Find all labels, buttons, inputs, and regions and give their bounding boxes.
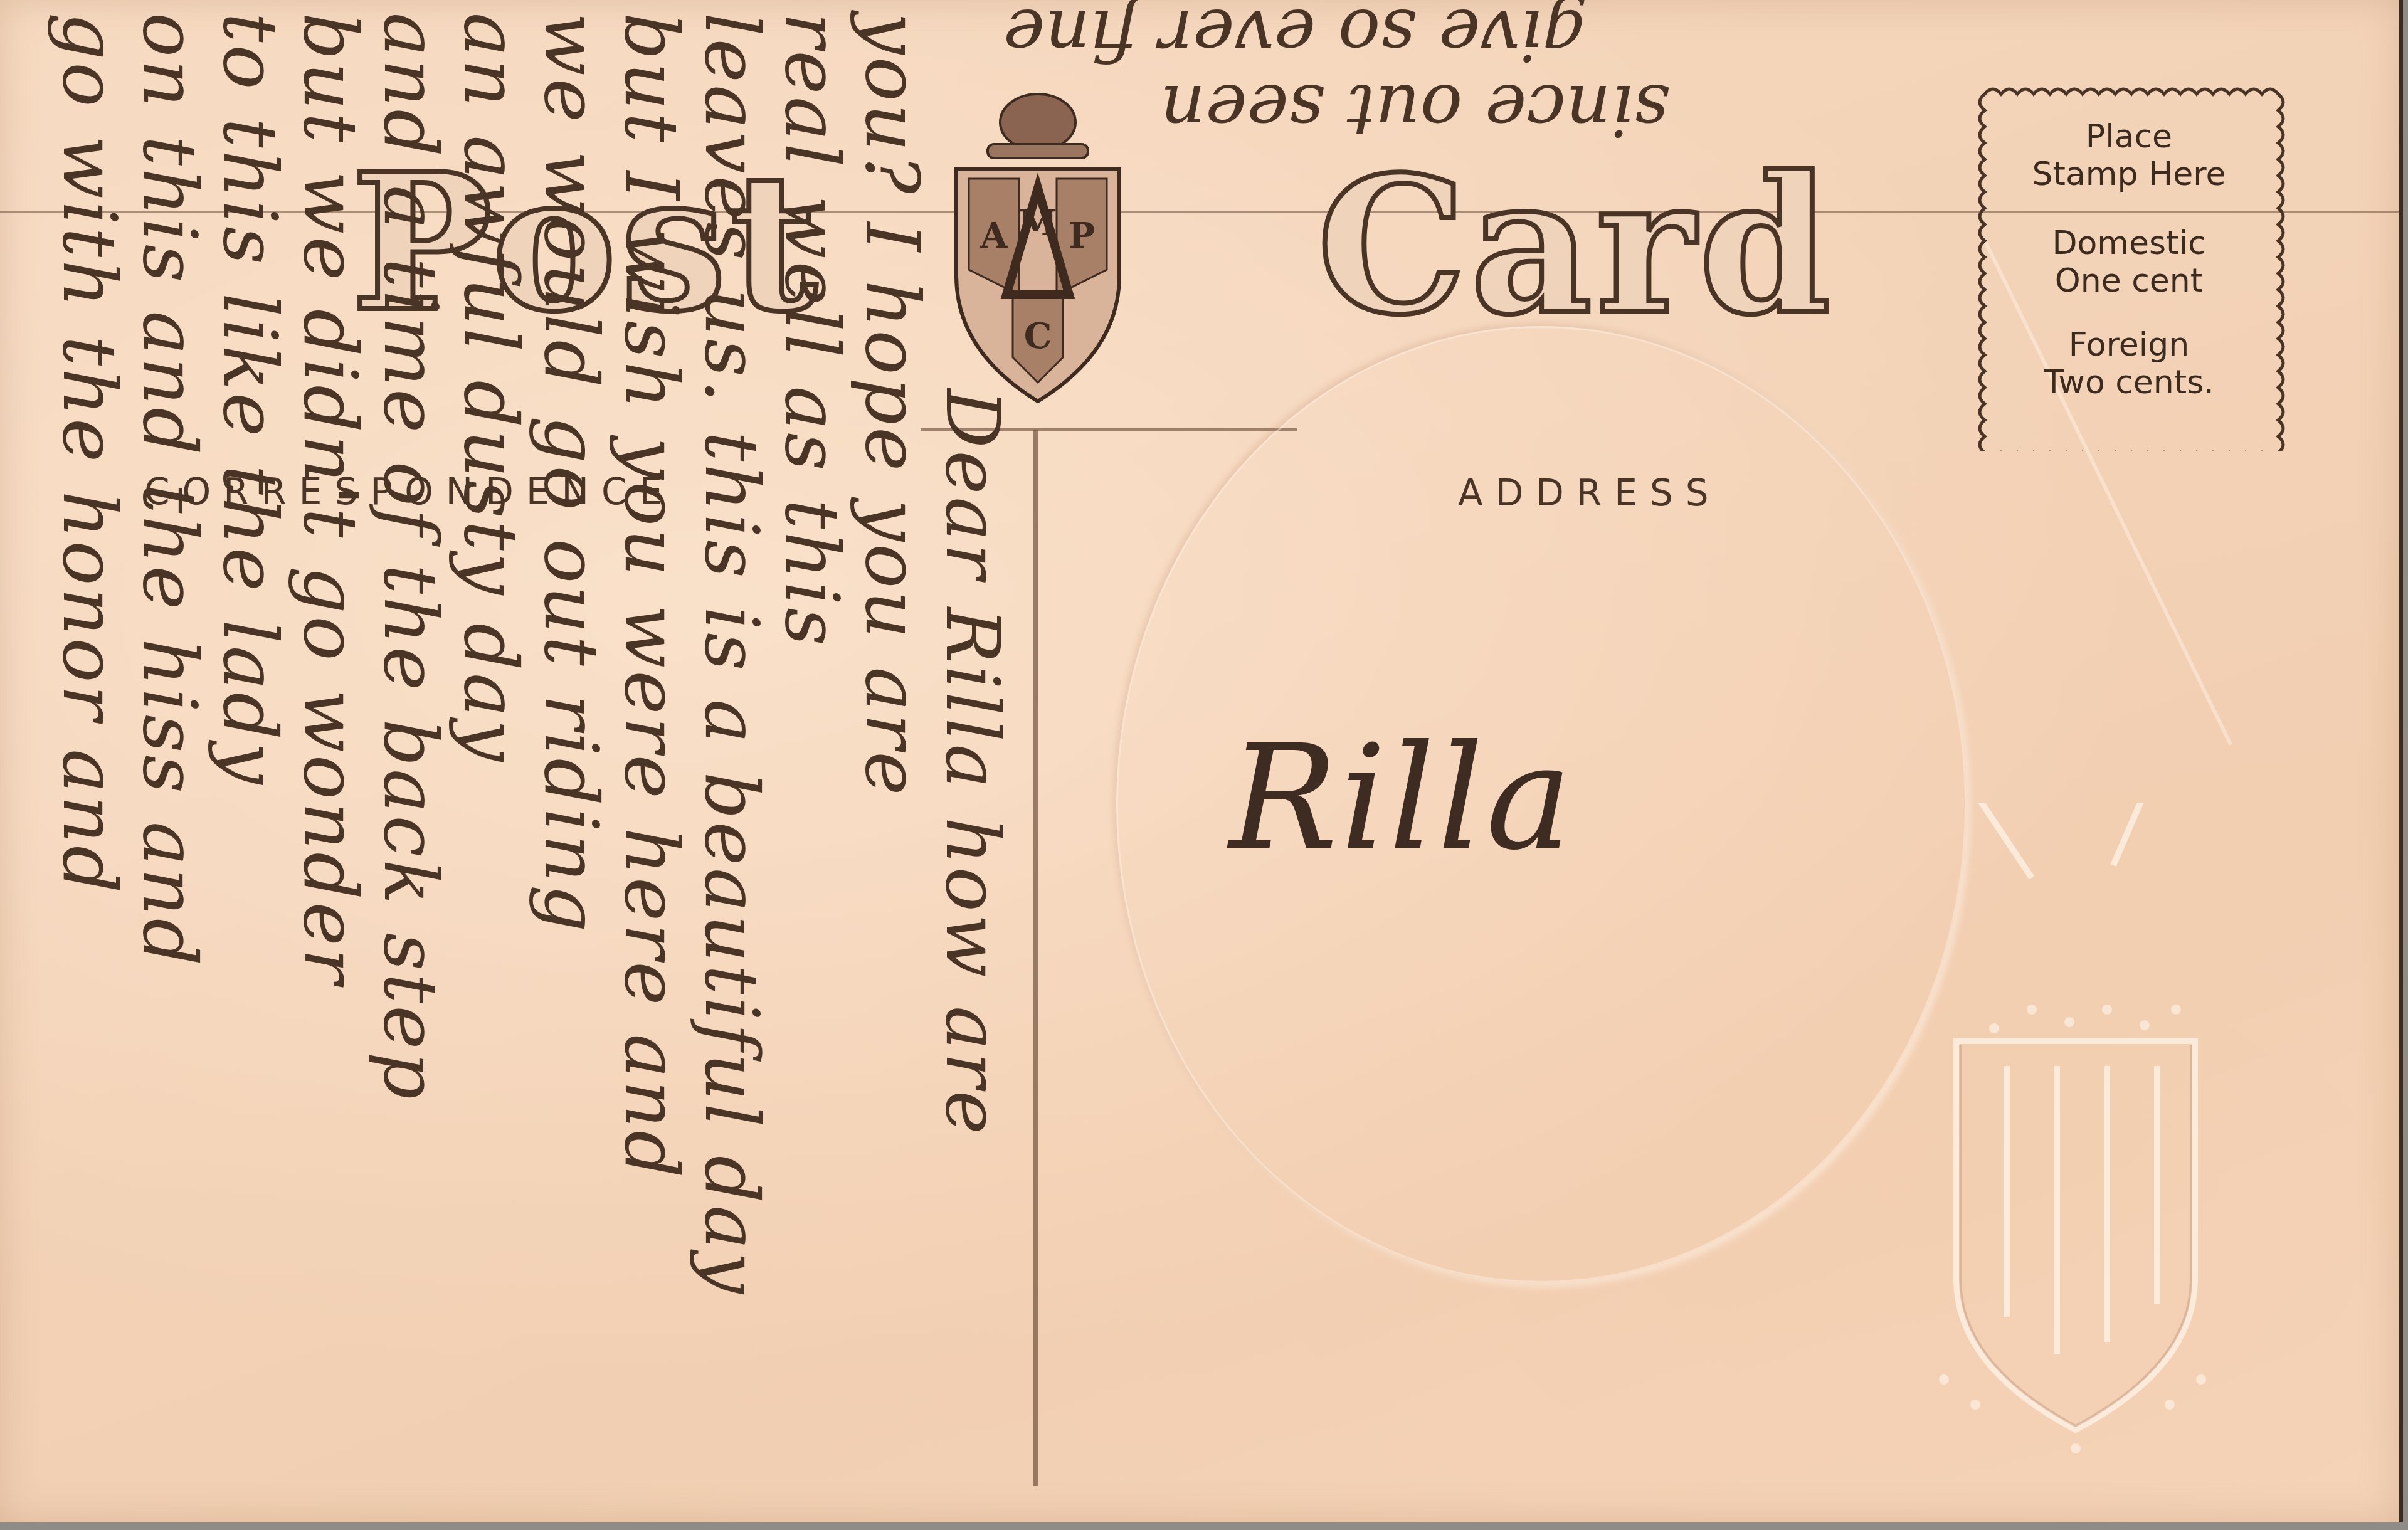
top-note-line: give so ever fine (1003, 0, 1587, 75)
message-line: real well as this (769, 13, 855, 648)
svg-text:C: C (1024, 315, 1052, 357)
correspondence-address-divider (1033, 430, 1038, 1486)
stamp-line-two-cents: Two cents. (1972, 364, 2286, 401)
top-note-line: since out seen (1160, 69, 1669, 150)
svg-text:M: M (1018, 203, 1057, 244)
publisher-shield-logo-icon: A M P C (944, 88, 1132, 408)
message-line: we would go out riding (528, 13, 615, 934)
svg-text:A: A (980, 215, 1008, 256)
stamp-line-one-cent: One cent (1972, 262, 2286, 300)
message-line: an awful dusty day (448, 13, 534, 764)
stamp-domestic-text: Domestic One cent (1972, 224, 2286, 300)
message-line: you? I hope you are (849, 13, 936, 798)
message-line: leaves us. this is a beautiful day (689, 13, 775, 1296)
message-line: on this and the hiss and (127, 13, 213, 968)
stamp-line-domestic: Domestic (1972, 224, 2286, 262)
recipient-name: Rilla (1229, 715, 1575, 882)
message-line: go with the honor and (46, 13, 133, 895)
message-line: Dear Rilla how are (929, 389, 1016, 1137)
stamp-line-stamp-here: Stamp Here (1972, 156, 2286, 193)
message-line: but we didn't go wonder (287, 13, 374, 986)
stamp-foreign-text: Foreign Two cents. (1972, 326, 2286, 401)
address-label: ADDRESS (1458, 472, 1721, 514)
svg-text:P: P (1069, 215, 1095, 256)
embossed-shield-icon (1906, 803, 2245, 1467)
stamp-line-foreign: Foreign (1972, 326, 2286, 364)
message-line: but I wish you were here and (608, 13, 695, 1181)
stamp-place-text: Place Stamp Here (1972, 118, 2286, 193)
message-line: and a time of the back step (367, 13, 454, 1102)
title-card: Card (1317, 135, 1834, 356)
stamp-line-place: Place (1972, 118, 2286, 156)
postcard: Post Card A M P C CORRESPONDENCE ADDRESS… (0, 0, 2403, 1522)
message-line: to this like the lady (207, 13, 293, 787)
